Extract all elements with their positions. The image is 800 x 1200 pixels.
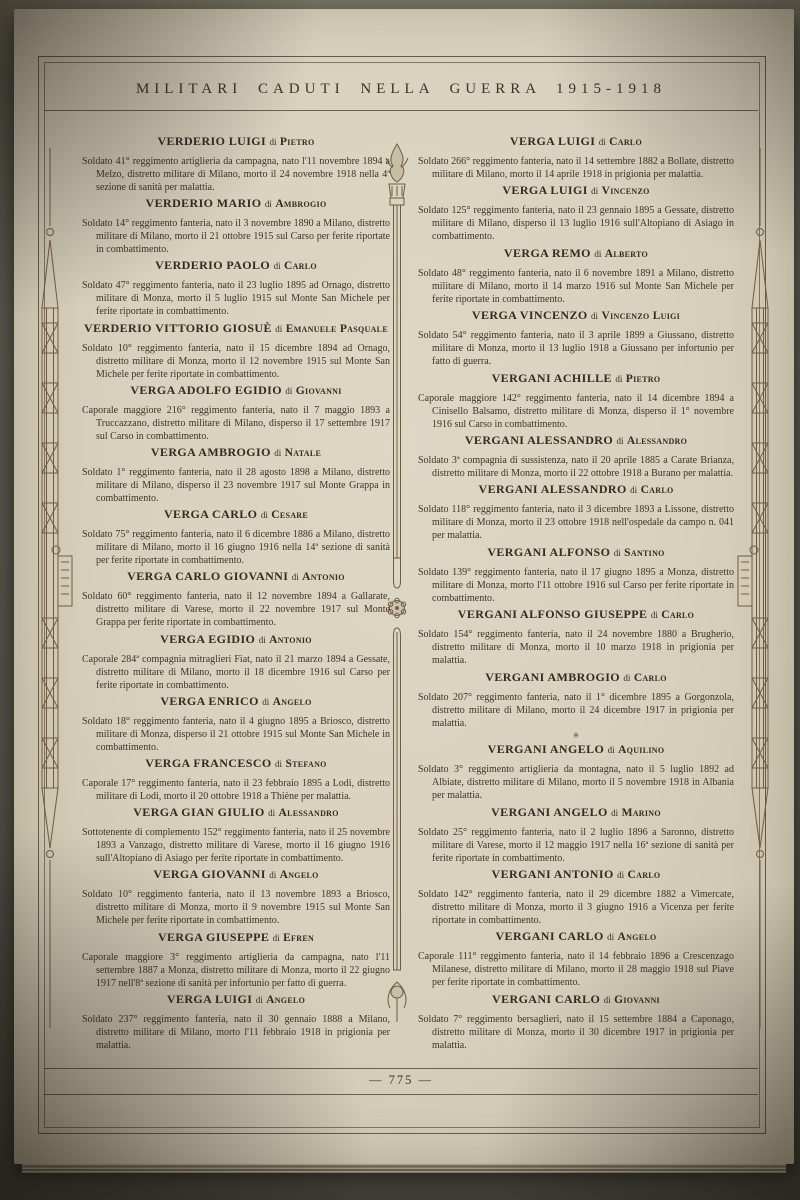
soldier-entry: VERGA EGIDIO di Antonio Caporale 284ª co… <box>82 632 390 692</box>
soldier-entry: VERDERIO PAOLO di Carlo Soldato 47° regg… <box>82 258 390 318</box>
soldier-entry: VERGANI ALFONSO di Santino Soldato 139° … <box>418 545 734 605</box>
soldier-record: Sottotenente di complemento 152° reggime… <box>82 826 390 865</box>
patronymic-prefix: di <box>256 995 263 1005</box>
soldier-record: Soldato 18° reggimento fanteria, nato il… <box>82 715 390 754</box>
patronymic-prefix: di <box>617 436 624 446</box>
patronymic-prefix: di <box>274 448 281 458</box>
patronymic-prefix: di <box>591 311 598 321</box>
soldier-entry: VERGA CARLO GIOVANNI di Antonio Soldato … <box>82 569 390 629</box>
soldier-name: VERGANI ALFONSO <box>487 545 610 559</box>
patronymic: Carlo <box>284 260 317 272</box>
soldier-name: VERDERIO VITTORIO GIOSUÈ <box>84 321 272 335</box>
patronymic-prefix: di <box>617 870 624 880</box>
patronymic-prefix: di <box>268 808 275 818</box>
soldier-entry: VERGA CARLO di Cesare Soldato 75° reggim… <box>82 507 390 567</box>
soldier-name-heading: VERGA EGIDIO di Antonio <box>82 632 390 647</box>
soldier-name: VERGA CARLO <box>164 507 257 521</box>
soldier-entry: VERGA GIUSEPPE di Efren Caporale maggior… <box>82 930 390 990</box>
patronymic-prefix: di <box>261 510 268 520</box>
soldier-entry: VERGANI ALESSANDRO di Alessandro Soldato… <box>418 433 734 480</box>
soldier-record: Soldato 139° reggimento fanteria, nato i… <box>418 566 734 605</box>
soldier-record: Soldato 48° reggimento fanteria, nato il… <box>418 267 734 306</box>
soldier-name-heading: VERGANI ANGELO di Marino <box>418 805 734 820</box>
soldier-record: Caporale maggiore 3° reggimento artiglie… <box>82 951 390 990</box>
soldier-name-heading: VERGANI ACHILLE di Pietro <box>418 371 734 386</box>
soldier-name: VERDERIO MARIO <box>146 196 262 210</box>
soldier-name: VERGA LUIGI <box>510 134 595 148</box>
soldier-name-heading: VERGANI CARLO di Giovanni <box>418 992 734 1007</box>
patronymic: Angelo <box>266 994 305 1006</box>
header-rule <box>44 110 758 111</box>
soldier-name: VERGANI ALESSANDRO <box>465 433 613 447</box>
patronymic: Alessandro <box>627 435 687 447</box>
soldier-record: Soldato 7° reggimento bersaglieri, nato … <box>418 1013 734 1052</box>
soldier-record: Caporale 111° reggimento fanteria, nato … <box>418 950 734 989</box>
soldier-record: Soldato 266° reggimento fanteria, nato i… <box>418 155 734 181</box>
soldier-name-heading: VERGANI ANTONIO di Carlo <box>418 867 734 882</box>
soldier-record: Soldato 3ª compagnia di sussistenza, nat… <box>418 454 734 480</box>
soldier-name-heading: VERGA ENRICO di Angelo <box>82 694 390 709</box>
soldier-name: VERGA AMBROGIO <box>151 445 271 459</box>
soldier-record: Soldato 142° reggimento fanteria, nato i… <box>418 888 734 927</box>
soldier-entry: VERGANI ANGELO di Marino Soldato 25° reg… <box>418 805 734 865</box>
soldier-record: Caporale maggiore 142° reggimento fanter… <box>418 392 734 431</box>
patronymic: Natale <box>285 447 321 459</box>
soldier-name-heading: VERGANI AMBROGIO di Carlo <box>418 670 734 685</box>
soldier-record: Caporale 284ª compagnia mitraglieri Fiat… <box>82 653 390 692</box>
soldier-name: VERGA GIUSEPPE <box>158 930 269 944</box>
patronymic-prefix: di <box>265 199 272 209</box>
patronymic-prefix: di <box>615 374 622 384</box>
soldier-entry: VERGANI AMBROGIO di Carlo Soldato 207° r… <box>418 670 734 730</box>
soldier-name-heading: VERGA CARLO di Cesare <box>82 507 390 522</box>
soldier-name: VERGA ADOLFO EGIDIO <box>130 383 282 397</box>
soldier-name: VERDERIO LUIGI <box>157 134 266 148</box>
left-column: VERDERIO LUIGI di Pietro Soldato 41° reg… <box>82 134 390 1052</box>
soldier-name: VERGA GIOVANNI <box>153 867 265 881</box>
soldier-record: Soldato 14° reggimento fanteria, nato il… <box>82 217 390 256</box>
patronymic: Angelo <box>618 931 657 943</box>
soldier-name-heading: VERGA VINCENZO di Vincenzo Luigi <box>418 308 734 323</box>
soldier-entry: VERGA ENRICO di Angelo Soldato 18° reggi… <box>82 694 390 754</box>
soldier-name-heading: VERGA CARLO GIOVANNI di Antonio <box>82 569 390 584</box>
soldier-name-heading: VERGA LUIGI di Angelo <box>82 992 390 1007</box>
soldier-name-heading: VERGA LUIGI di Carlo <box>418 134 734 149</box>
soldier-name-heading: VERGANI ANGELO di Aquilino <box>418 742 734 757</box>
soldier-entry: VERGA ADOLFO EGIDIO di Giovanni Caporale… <box>82 383 390 443</box>
soldier-name: VERGANI AMBROGIO <box>485 670 620 684</box>
soldier-name: VERGA CARLO GIOVANNI <box>127 569 288 583</box>
patronymic-prefix: di <box>599 137 606 147</box>
soldier-record: Soldato 207° reggimento fanteria, nato i… <box>418 691 734 730</box>
patronymic: Pietro <box>626 373 661 385</box>
patronymic-prefix: di <box>275 759 282 769</box>
footer-rule-top <box>44 1068 758 1069</box>
soldier-record: Soldato 237° reggimento fanteria, nato i… <box>82 1013 390 1052</box>
soldier-record: Soldato 47° reggimento fanteria, nato il… <box>82 279 390 318</box>
soldier-name-heading: VERGANI ALFONSO di Santino <box>418 545 734 560</box>
patronymic: Carlo <box>609 136 642 148</box>
asterisk-separator: ✳ <box>418 732 734 740</box>
soldier-name-heading: VERDERIO VITTORIO GIOSUÈ di Emanuele Pas… <box>82 321 390 336</box>
soldier-name: VERGA EGIDIO <box>160 632 255 646</box>
soldier-name: VERGANI ALESSANDRO <box>479 482 627 496</box>
patronymic: Vincenzo Luigi <box>601 310 680 322</box>
soldier-name: VERGANI ALFONSO GIUSEPPE <box>458 607 648 621</box>
soldier-name: VERGANI ANTONIO <box>492 867 614 881</box>
soldier-record: Soldato 154° reggimento fanteria, nato i… <box>418 628 734 667</box>
patronymic-prefix: di <box>285 386 292 396</box>
patronymic: Angelo <box>280 869 319 881</box>
patronymic-prefix: di <box>273 933 280 943</box>
soldier-name: VERGA LUIGI <box>167 992 252 1006</box>
soldier-name-heading: VERGANI CARLO di Angelo <box>418 929 734 944</box>
soldier-entry: VERGANI CARLO di Angelo Caporale 111° re… <box>418 929 734 989</box>
patronymic: Carlo <box>634 672 667 684</box>
patronymic-prefix: di <box>604 995 611 1005</box>
soldier-entry: VERGANI ALESSANDRO di Carlo Soldato 118°… <box>418 482 734 542</box>
soldier-record: Soldato 75° reggimento fanteria, nato il… <box>82 528 390 567</box>
soldier-name: VERGA LUIGI <box>502 183 587 197</box>
patronymic-prefix: di <box>614 548 621 558</box>
patronymic-prefix: di <box>607 932 614 942</box>
soldier-name-heading: VERGA GIUSEPPE di Efren <box>82 930 390 945</box>
soldier-record: Caporale 17° reggimento fanteria, nato i… <box>82 777 390 803</box>
soldier-record: Soldato 10° reggimento fanteria, nato il… <box>82 888 390 927</box>
soldier-record: Soldato 3° reggimento artiglieria da mon… <box>418 763 734 802</box>
patronymic: Aquilino <box>618 744 664 756</box>
soldier-record: Soldato 125° reggimento fanteria, nato i… <box>418 204 734 243</box>
soldier-entry: VERGA LUIGI di Angelo Soldato 237° reggi… <box>82 992 390 1052</box>
patronymic-prefix: di <box>594 249 601 259</box>
fasces-ornament-left <box>28 148 74 1028</box>
soldier-entry: VERGA GIOVANNI di Angelo Soldato 10° reg… <box>82 867 390 927</box>
soldier-name-heading: VERGANI ALFONSO GIUSEPPE di Carlo <box>418 607 734 622</box>
patronymic: Pietro <box>280 136 315 148</box>
soldier-name-heading: VERDERIO MARIO di Ambrogio <box>82 196 390 211</box>
soldier-name: VERGA GIAN GIULIO <box>133 805 265 819</box>
soldier-entry: VERGA AMBROGIO di Natale Soldato 1° regg… <box>82 445 390 505</box>
soldier-name: VERDERIO PAOLO <box>155 258 270 272</box>
soldier-entry: VERGA REMO di Alberto Soldato 48° reggim… <box>418 246 734 306</box>
patronymic-prefix: di <box>262 697 269 707</box>
patronymic: Giovanni <box>614 994 660 1006</box>
soldier-entry: VERDERIO LUIGI di Pietro Soldato 41° reg… <box>82 134 390 194</box>
soldier-name: VERGANI CARLO <box>495 929 603 943</box>
soldier-entry: VERGA GIAN GIULIO di Alessandro Sottoten… <box>82 805 390 865</box>
soldier-name-heading: VERGA REMO di Alberto <box>418 246 734 261</box>
soldier-record: Caporale maggiore 216° reggimento fanter… <box>82 404 390 443</box>
soldier-name: VERGA ENRICO <box>160 694 258 708</box>
soldier-record: Soldato 1° reggimento fanteria, nato il … <box>82 466 390 505</box>
patronymic-prefix: di <box>630 485 637 495</box>
patronymic: Carlo <box>628 869 661 881</box>
soldier-name: VERGA REMO <box>504 246 591 260</box>
patronymic: Antonio <box>302 571 345 583</box>
patronymic-prefix: di <box>275 324 282 334</box>
soldier-entry: VERGA LUIGI di Vincenzo Soldato 125° reg… <box>418 183 734 243</box>
soldier-name-heading: VERGA AMBROGIO di Natale <box>82 445 390 460</box>
patronymic-prefix: di <box>651 610 658 620</box>
patronymic-prefix: di <box>292 572 299 582</box>
patronymic-prefix: di <box>269 137 276 147</box>
patronymic: Carlo <box>661 609 694 621</box>
soldier-name-heading: VERGA LUIGI di Vincenzo <box>418 183 734 198</box>
patronymic: Antonio <box>269 634 312 646</box>
soldier-entry: VERGANI ACHILLE di Pietro Caporale maggi… <box>418 371 734 431</box>
soldier-name: VERGANI ACHILLE <box>492 371 612 385</box>
patronymic: Carlo <box>641 484 674 496</box>
soldier-record: Soldato 54° reggimento fanteria, nato il… <box>418 329 734 368</box>
patronymic-prefix: di <box>611 808 618 818</box>
page-title: MILITARI CADUTI NELLA GUERRA 1915-1918 <box>44 81 758 98</box>
right-column: VERGA LUIGI di Carlo Soldato 266° reggim… <box>418 134 734 1052</box>
patronymic-prefix: di <box>269 870 276 880</box>
soldier-name: VERGANI CARLO <box>492 992 600 1006</box>
patronymic: Alessandro <box>279 807 339 819</box>
soldier-record: Soldato 10° reggimento fanteria, nato il… <box>82 342 390 381</box>
page-number: — 775 — <box>44 1073 758 1088</box>
soldier-name: VERGANI ANGELO <box>491 805 608 819</box>
soldier-record: Soldato 118° reggimento fanteria, nato i… <box>418 503 734 542</box>
patronymic: Vincenzo <box>602 185 650 197</box>
soldier-name: VERGA FRANCESCO <box>145 756 271 770</box>
patronymic-prefix: di <box>591 186 598 196</box>
soldier-entry: VERGANI ANGELO di Aquilino Soldato 3° re… <box>418 742 734 802</box>
soldier-entry: VERDERIO VITTORIO GIOSUÈ di Emanuele Pas… <box>82 321 390 381</box>
soldier-entry: VERGANI ANTONIO di Carlo Soldato 142° re… <box>418 867 734 927</box>
soldier-record: Soldato 25° reggimento fanteria, nato il… <box>418 826 734 865</box>
patronymic-prefix: di <box>274 261 281 271</box>
patronymic: Emanuele Pasquale <box>286 323 388 335</box>
patronymic-prefix: di <box>608 745 615 755</box>
patronymic: Efren <box>283 932 314 944</box>
patronymic: Stefano <box>285 758 326 770</box>
soldier-name-heading: VERGA GIOVANNI di Angelo <box>82 867 390 882</box>
book-page-edges <box>22 1164 786 1173</box>
patronymic: Giovanni <box>296 385 342 397</box>
patronymic: Santino <box>624 547 665 559</box>
patronymic: Angelo <box>273 696 312 708</box>
soldier-name: VERGA VINCENZO <box>472 308 588 322</box>
soldier-entry: VERGA VINCENZO di Vincenzo Luigi Soldato… <box>418 308 734 368</box>
soldier-record: Soldato 60° reggimento fanteria, nato il… <box>82 590 390 629</box>
soldier-entry: VERGANI CARLO di Giovanni Soldato 7° reg… <box>418 992 734 1052</box>
patronymic: Marino <box>622 807 661 819</box>
soldier-entry: VERGA LUIGI di Carlo Soldato 266° reggim… <box>418 134 734 181</box>
footer-rule-bottom <box>44 1094 758 1095</box>
soldier-name: VERGANI ANGELO <box>488 742 605 756</box>
soldier-record: Soldato 41° reggimento artiglieria da ca… <box>82 155 390 194</box>
patronymic-prefix: di <box>623 673 630 683</box>
soldier-entry: VERGA FRANCESCO di Stefano Caporale 17° … <box>82 756 390 803</box>
soldier-entry: VERGANI ALFONSO GIUSEPPE di Carlo Soldat… <box>418 607 734 667</box>
soldier-name-heading: VERGA FRANCESCO di Stefano <box>82 756 390 771</box>
soldier-name-heading: VERGANI ALESSANDRO di Alessandro <box>418 433 734 448</box>
soldier-name-heading: VERDERIO PAOLO di Carlo <box>82 258 390 273</box>
soldier-name-heading: VERGA GIAN GIULIO di Alessandro <box>82 805 390 820</box>
fasces-ornament-right <box>736 148 782 1028</box>
soldier-name-heading: VERDERIO LUIGI di Pietro <box>82 134 390 149</box>
patronymic: Cesare <box>271 509 308 521</box>
soldier-name-heading: VERGA ADOLFO EGIDIO di Giovanni <box>82 383 390 398</box>
patronymic: Ambrogio <box>275 198 326 210</box>
patronymic-prefix: di <box>259 635 266 645</box>
soldier-name-heading: VERGANI ALESSANDRO di Carlo <box>418 482 734 497</box>
patronymic: Alberto <box>605 248 648 260</box>
soldier-entry: VERDERIO MARIO di Ambrogio Soldato 14° r… <box>82 196 390 256</box>
